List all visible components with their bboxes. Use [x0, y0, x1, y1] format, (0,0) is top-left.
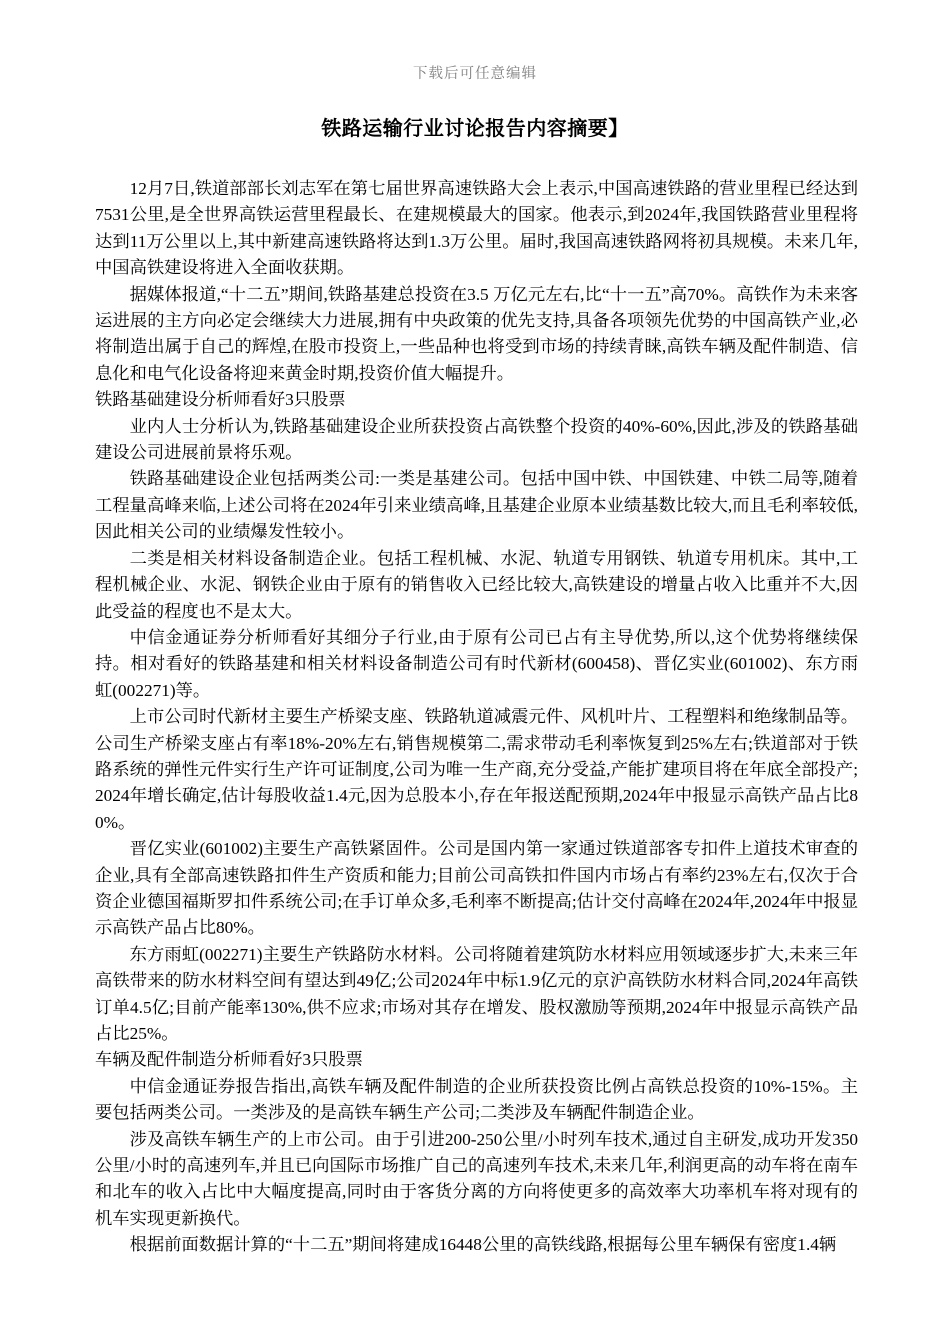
document-body: 12月7日,铁道部部长刘志军在第七届世界高速铁路大会上表示,中国高速铁路的营业里…	[95, 176, 858, 1259]
body-paragraph: 中信金通证券分析师看好其细分子行业,由于原有公司已占有主导优势,所以,这个优势将…	[95, 625, 858, 704]
document-page: 下载后可任意编辑 铁路运输行业讨论报告内容摘要】 12月7日,铁道部部长刘志军在…	[0, 0, 950, 1344]
body-paragraph: 据媒体报道,“十二五”期间,铁路基建总投资在3.5 万亿元左右,比“十一五”高7…	[95, 282, 858, 388]
section-heading-vehicles: 车辆及配件制造分析师看好3只股票	[95, 1047, 858, 1073]
body-paragraph: 东方雨虹(002271)主要生产铁路防水材料。公司将随着建筑防水材料应用领域逐步…	[95, 942, 858, 1048]
page-title: 铁路运输行业讨论报告内容摘要】	[0, 115, 950, 143]
section-heading-infrastructure: 铁路基础建设分析师看好3只股票	[95, 387, 858, 413]
body-paragraph: 12月7日,铁道部部长刘志军在第七届世界高速铁路大会上表示,中国高速铁路的营业里…	[95, 176, 858, 282]
body-paragraph: 涉及高铁车辆生产的上市公司。由于引进200-250公里/小时列车技术,通过自主研…	[95, 1127, 858, 1233]
body-paragraph: 中信金通证券报告指出,高铁车辆及配件制造的企业所获投资比例占高铁总投资的10%-…	[95, 1074, 858, 1127]
page-header-note: 下载后可任意编辑	[0, 0, 950, 83]
body-paragraph: 二类是相关材料设备制造企业。包括工程机械、水泥、轨道专用钢铁、轨道专用机床。其中…	[95, 546, 858, 625]
body-paragraph: 晋亿实业(601002)主要生产高铁紧固件。公司是国内第一家通过铁道部客专扣件上…	[95, 836, 858, 942]
body-paragraph: 根据前面数据计算的“十二五”期间将建成16448公里的高铁线路,根据每公里车辆保…	[95, 1232, 858, 1258]
body-paragraph: 上市公司时代新材主要生产桥梁支座、铁路轨道减震元件、风机叶片、工程塑料和绝缘制品…	[95, 704, 858, 836]
body-paragraph: 业内人士分析认为,铁路基础建设企业所获投资占高铁整个投资的40%-60%,因此,…	[95, 414, 858, 467]
body-paragraph: 铁路基础建设企业包括两类公司:一类是基建公司。包括中国中铁、中国铁建、中铁二局等…	[95, 466, 858, 545]
